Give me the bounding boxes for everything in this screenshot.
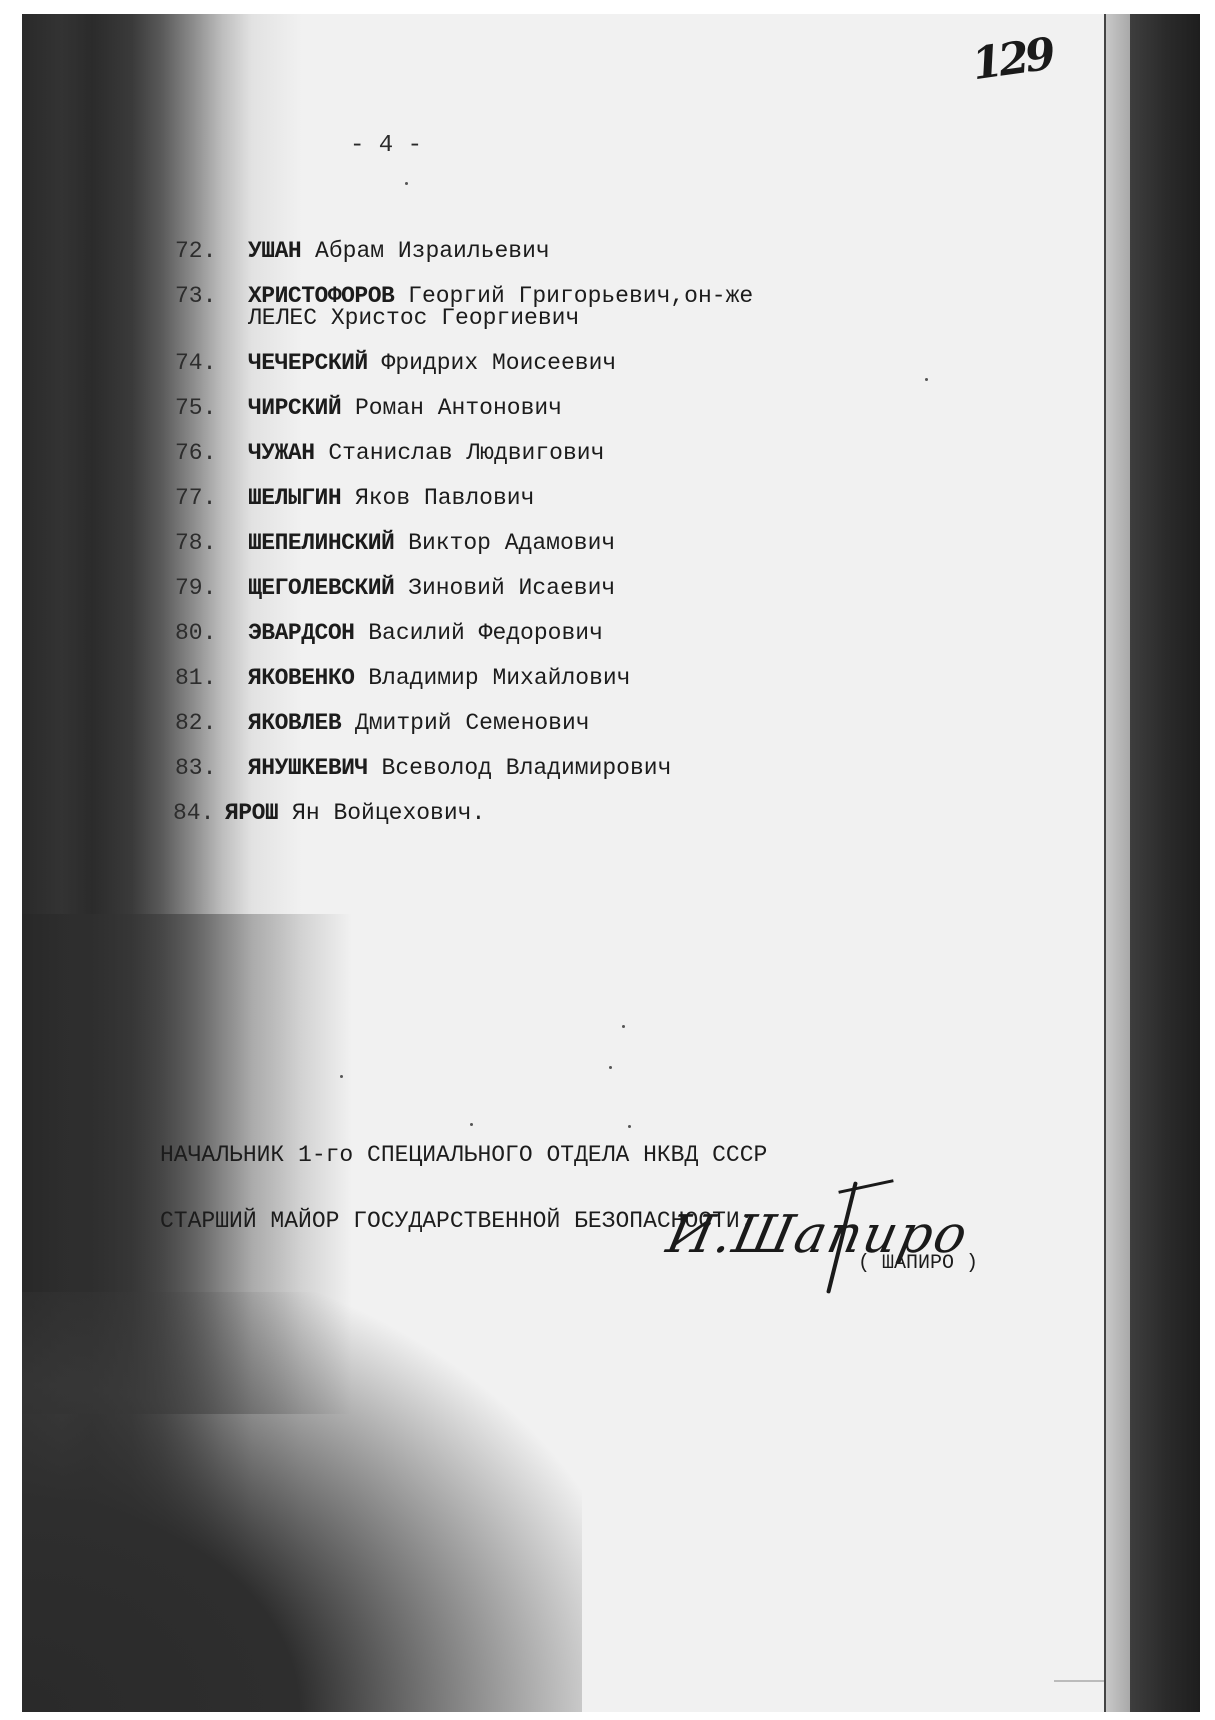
given-names: Ян Войцехович. [292, 800, 485, 826]
given-names: Василий Федорович [368, 620, 603, 646]
scan-speck [470, 1123, 473, 1126]
item-name: УШАН Абрам Израильевич [248, 240, 550, 262]
page-number: - 4 - [350, 132, 422, 159]
item-number: 80. [175, 622, 216, 644]
item-name: ЯКОВЕНКО Владимир Михайлович [248, 667, 630, 689]
item-number: 75. [175, 397, 216, 419]
item-name: ЧИРСКИЙ Роман Антонович [248, 397, 562, 419]
item-number: 73. [175, 285, 216, 307]
page-edge-stack [1106, 14, 1130, 1712]
surname: ЧЕЧЕРСКИЙ [248, 350, 368, 376]
item-number: 77. [175, 487, 216, 509]
surname: ЭВАРДСОН [248, 620, 354, 646]
surname: ЯРОШ [225, 800, 278, 826]
item-name: ЭВАРДСОН Василий Федорович [248, 622, 603, 644]
surname: ШЕПЕЛИНСКИЙ [248, 530, 394, 556]
item-number: 84. [173, 802, 214, 824]
given-names: Всеволод Владимирович [382, 755, 672, 781]
item-name: ЩЕГОЛЕВСКИЙ Зиновий Исаевич [248, 577, 615, 599]
item-name: ЯРОШ Ян Войцехович. [225, 802, 485, 824]
item-number: 82. [175, 712, 216, 734]
alias-line: ЛЕЛЕС Христос Георгиевич [248, 305, 579, 331]
item-name: ХРИСТОФОРОВ Георгий Григорьевич,он-же ЛЕ… [248, 285, 753, 329]
item-name: ЯНУШКЕВИЧ Всеволод Владимирович [248, 757, 671, 779]
item-number: 83. [175, 757, 216, 779]
item-number: 81. [175, 667, 216, 689]
surname: ЧУЖАН [248, 440, 315, 466]
binding-shadow-bottom [22, 1292, 582, 1712]
item-name: ШЕПЕЛИНСКИЙ Виктор Адамович [248, 532, 615, 554]
signatory-title-line1: НАЧАЛЬНИК 1-го СПЕЦИАЛЬНОГО ОТДЕЛА НКВД … [160, 1144, 767, 1166]
given-names: Станислав Людвигович [328, 440, 604, 466]
scan-speck [340, 1075, 343, 1078]
item-number: 72. [175, 240, 216, 262]
given-names: Владимир Михайлович [368, 665, 630, 691]
item-number: 79. [175, 577, 216, 599]
scan-speck [925, 378, 928, 381]
given-names: Зиновий Исаевич [408, 575, 615, 601]
page-edge-dark [1130, 14, 1200, 1712]
given-names: Абрам Израильевич [315, 238, 550, 264]
item-number: 78. [175, 532, 216, 554]
scan-speck [405, 182, 408, 185]
surname: ЯКОВЛЕВ [248, 710, 341, 736]
typed-signatory-name: ( ШАПИРО ) [858, 1252, 978, 1275]
item-number: 74. [175, 352, 216, 374]
scan-speck [609, 1066, 612, 1069]
scan-speck [622, 1025, 625, 1028]
item-name: ЧУЖАН Станислав Людвигович [248, 442, 604, 464]
surname: ЩЕГОЛЕВСКИЙ [248, 575, 394, 601]
given-names: Роман Антонович [355, 395, 562, 421]
given-names: Виктор Адамович [408, 530, 615, 556]
page-edge-corner [1054, 1680, 1104, 1682]
surname: ШЕЛЫГИН [248, 485, 341, 511]
scanned-page [22, 14, 1200, 1712]
item-number: 76. [175, 442, 216, 464]
given-names: Дмитрий Семенович [355, 710, 590, 736]
item-name: ШЕЛЫГИН Яков Павлович [248, 487, 534, 509]
surname: УШАН [248, 238, 301, 264]
item-name: ЯКОВЛЕВ Дмитрий Семенович [248, 712, 590, 734]
given-names: Фридрих Моисеевич [382, 350, 617, 376]
scan-speck [628, 1125, 631, 1128]
surname: ЯНУШКЕВИЧ [248, 755, 368, 781]
surname: ЧИРСКИЙ [248, 395, 341, 421]
item-name: ЧЕЧЕРСКИЙ Фридрих Моисеевич [248, 352, 616, 374]
surname: ЯКОВЕНКО [248, 665, 354, 691]
given-names: Яков Павлович [355, 485, 534, 511]
